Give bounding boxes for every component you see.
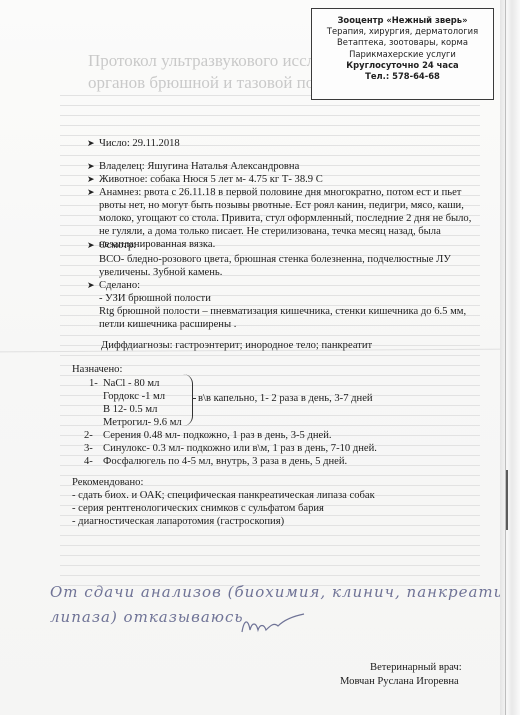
procedure-line: петли кишечника расширены .	[99, 318, 236, 331]
procedure-line: Rtg брюшной полости – пневматизация кише…	[99, 305, 466, 318]
arrow-bullet-icon: ➤	[87, 139, 95, 149]
clinic-services-1: Терапия, хирургия, дерматология	[312, 26, 493, 37]
vet-title: Ветеринарный врач:	[370, 661, 462, 674]
anamnesis-line: рвоты нет, но могут быть позывы рвотные.…	[99, 199, 464, 212]
clinic-stamp: Зооцентр «Нежный зверь» Терапия, хирурги…	[311, 8, 494, 100]
differential-diagnosis: Диффдиагнозы: гастроэнтерит; инородное т…	[101, 339, 372, 352]
recommended-item: - сдать биох. и ОАК; специфическая панкр…	[72, 489, 375, 502]
exam-line: увеличены. Зубной камень.	[99, 266, 222, 279]
page-edge	[500, 0, 520, 715]
arrow-bullet-icon: ➤	[87, 281, 95, 291]
visit-date: Число: 29.11.2018	[99, 137, 180, 150]
anamnesis-line: не гуляли, а дома только писает. Не стер…	[99, 225, 441, 238]
clinic-services-3: Парикмахерские услуги	[312, 49, 493, 60]
anamnesis-line: Анамнез: рвота с 26.11.18 в первой полов…	[99, 186, 461, 199]
recommended-item: - серия рентгенологических снимков с сул…	[72, 502, 324, 515]
prescribed-item-number: 2-	[84, 429, 93, 442]
arrow-bullet-icon: ➤	[87, 241, 95, 251]
owner: Владелец: Яшугина Наталья Александровна	[99, 160, 299, 173]
handwritten-note-line-2: липаза) отказываюсь	[50, 608, 244, 626]
clinic-hours: Круглосуточно 24 часа	[312, 60, 493, 71]
prescribed-label: Назначено:	[72, 363, 122, 376]
clinic-services-2: Ветаптека, зоотовары, корма	[312, 37, 493, 48]
brace-icon	[182, 374, 193, 426]
anamnesis-line: молоко, угощают со стола. Привита, стул …	[99, 212, 471, 225]
arrow-bullet-icon: ➤	[87, 162, 95, 172]
recommended-label: Рекомендовано:	[72, 476, 143, 489]
drug-line: NaCl - 80 мл	[103, 377, 159, 390]
drug-line: В 12- 0.5 мл	[103, 403, 157, 416]
recommended-item: - диагностическая лапаротомия (гастроско…	[72, 515, 284, 528]
arrow-bullet-icon: ➤	[87, 188, 95, 198]
procedure-line: - УЗИ брюшной полости	[99, 292, 211, 305]
done-label: Сделано:	[99, 279, 140, 292]
vet-name: Мовчан Руслана Игоревна	[340, 675, 459, 688]
clinic-phone: Тел.: 578-64-68	[312, 71, 493, 82]
prescribed-item-number: 4-	[84, 455, 93, 468]
document-page: Протокол ультразвукового исследования ор…	[0, 0, 506, 715]
prescribed-item: Серения 0.48 мл- подкожно, 1 раз в день,…	[103, 429, 332, 442]
iv-regimen: в\в капельно, 1- 2 раза в день, 3-7 дней	[198, 392, 373, 405]
owner-signature-icon	[238, 612, 308, 636]
drug-line: Гордокс -1 мл	[103, 390, 165, 403]
drug-line: Метрогил- 9.6 мл	[103, 416, 182, 429]
arrow-bullet-icon: ➤	[87, 175, 95, 185]
prescribed-item-number: 1-	[89, 377, 98, 390]
handwritten-note-line-1: От сдачи анализов (биохимия, клинич, пан…	[50, 583, 515, 601]
prescribed-item: Синулокс- 0.3 мл- подкожно или в\м, 1 ра…	[103, 442, 377, 455]
exam-label: Осмотр:	[99, 239, 136, 252]
clinic-name: Зооцентр «Нежный зверь»	[312, 15, 493, 26]
prescribed-item: Фосфалюгель по 4-5 мл, внутрь, 3 раза в …	[103, 455, 347, 468]
animal-info: Животное: собака Нюся 5 лет м- 4.75 кг Т…	[99, 173, 323, 186]
exam-line: ВСО- бледно-розового цвета, брюшная стен…	[99, 253, 451, 266]
prescribed-item-number: 3-	[84, 442, 93, 455]
